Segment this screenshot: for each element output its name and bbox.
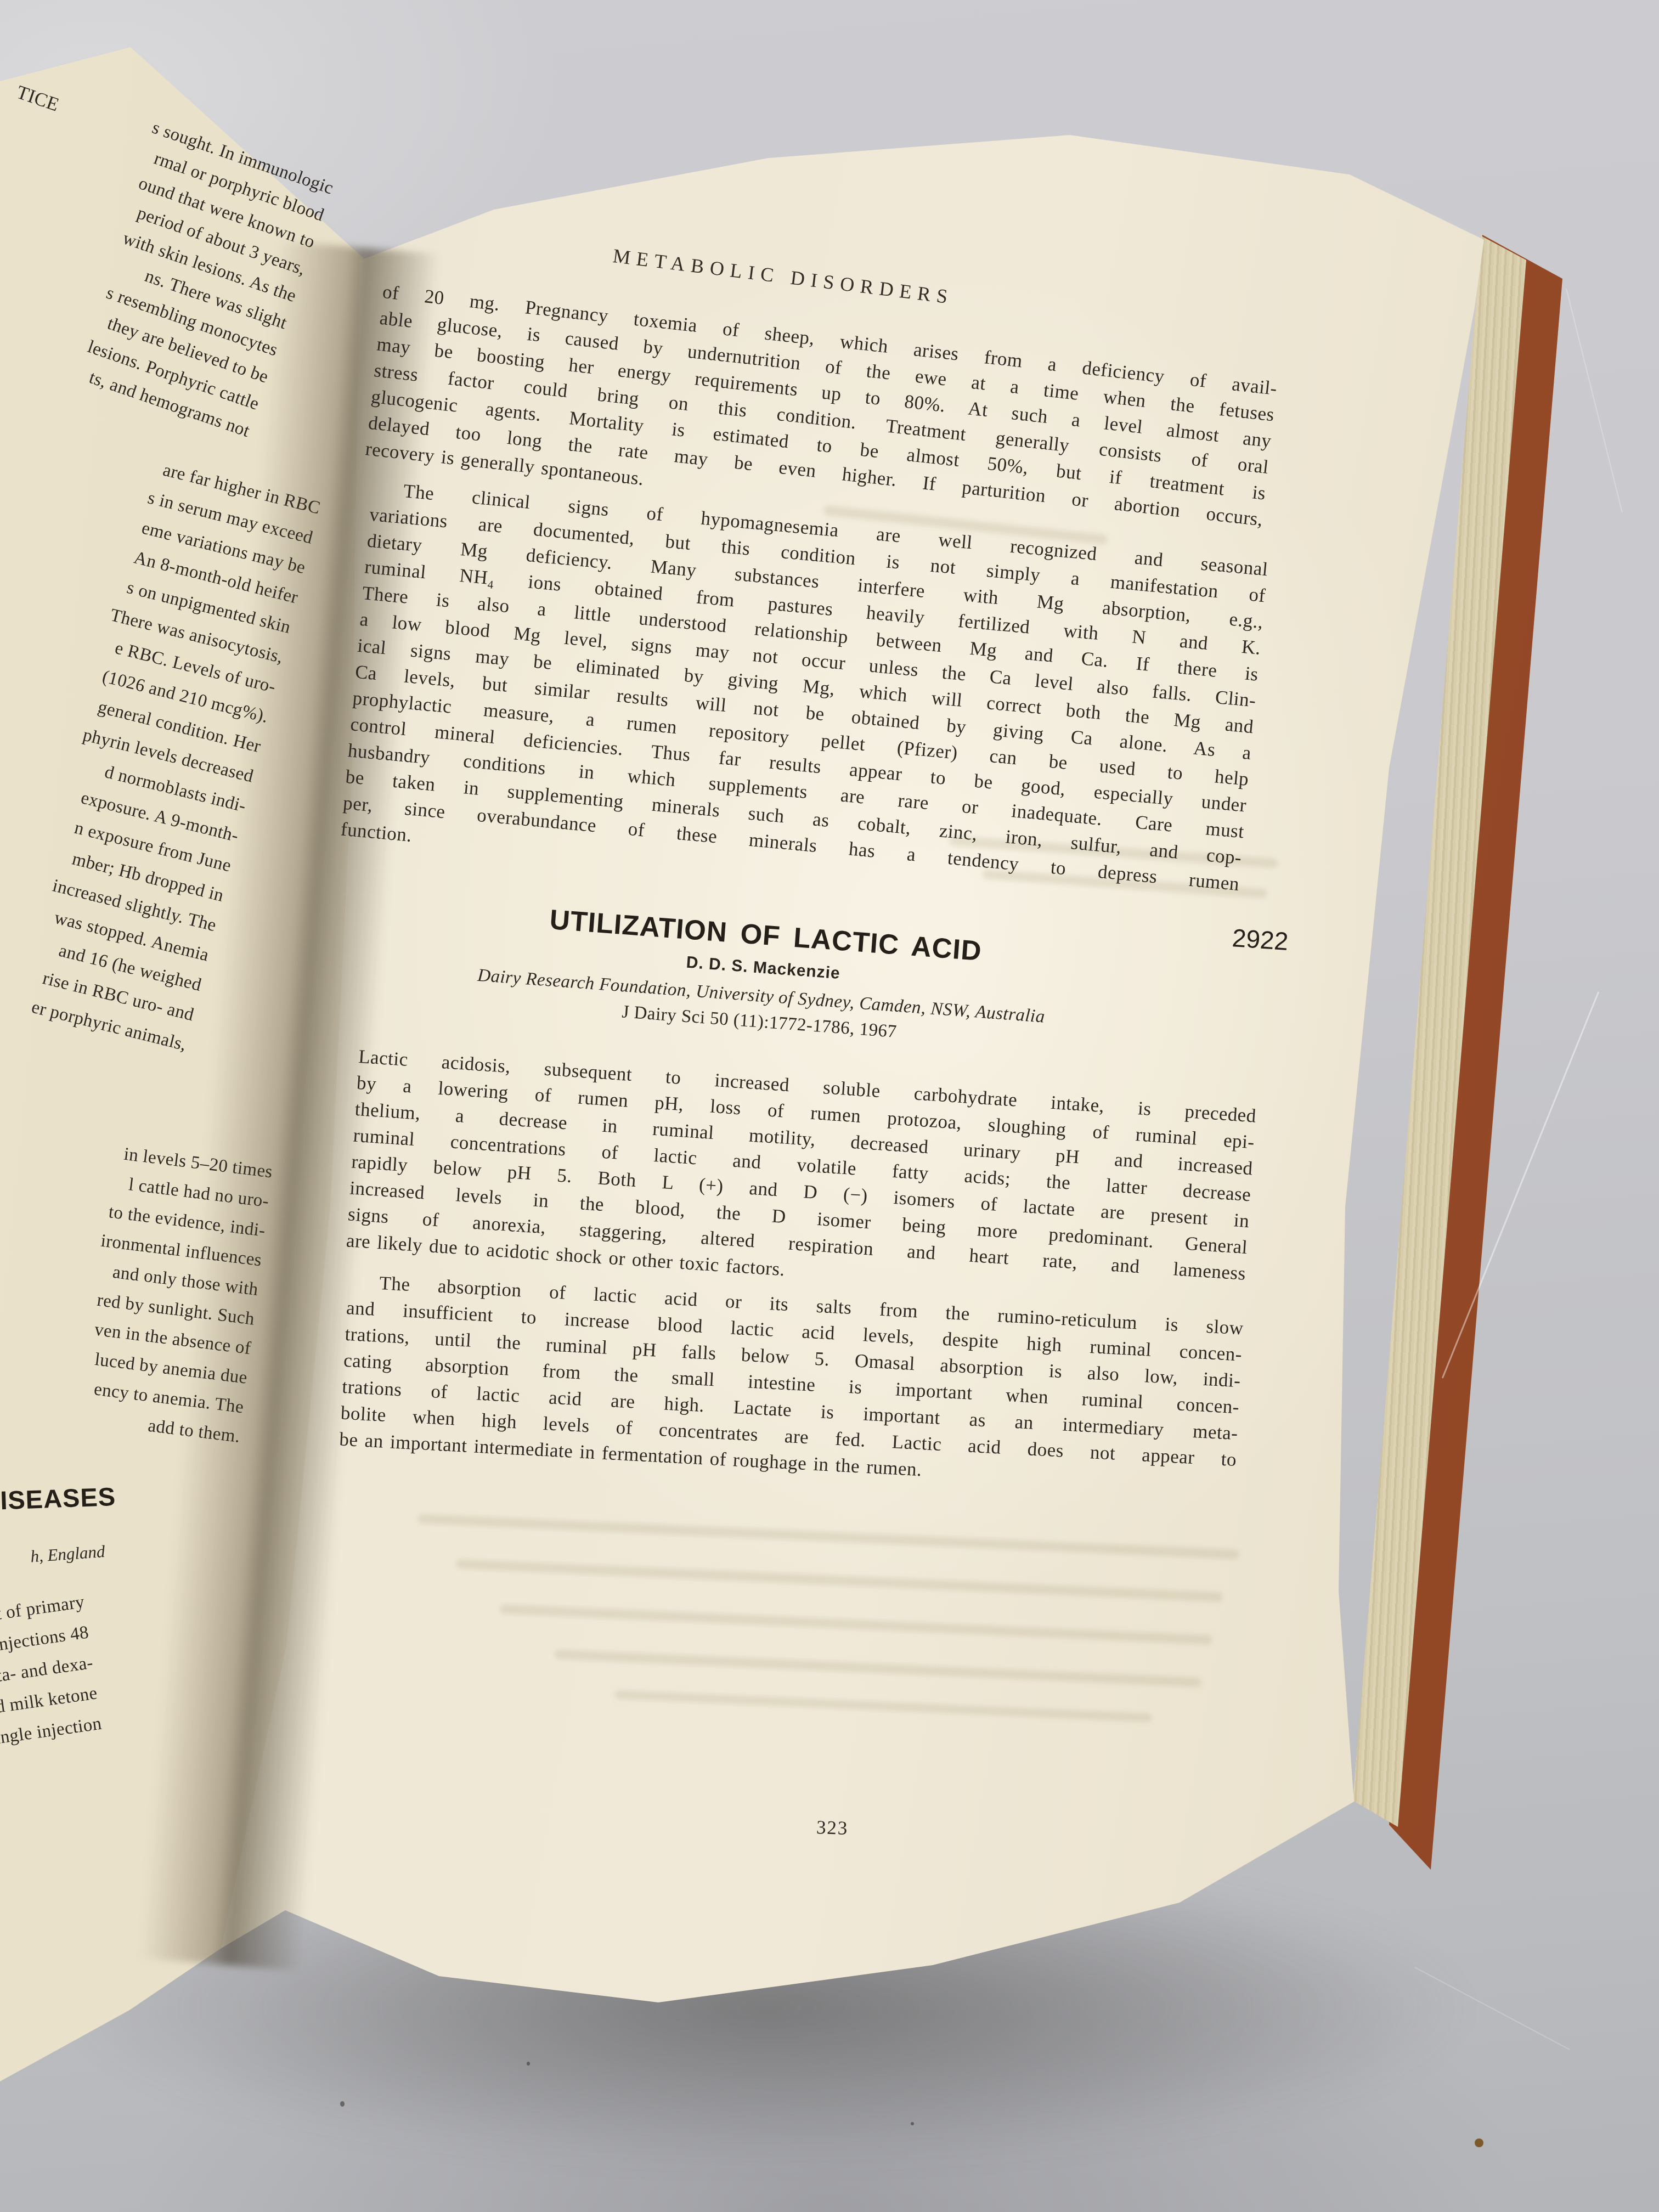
surface-speck bbox=[527, 2062, 530, 2066]
page-number: 323 bbox=[816, 1816, 849, 1839]
entry-number: 2922 bbox=[1231, 923, 1289, 956]
book-photo: TICE s sought. In immunologicrmal or por… bbox=[0, 0, 1659, 2212]
surface-speck bbox=[911, 2122, 914, 2125]
surface-speck bbox=[340, 2101, 345, 2107]
surface-speck bbox=[1475, 2138, 1483, 2147]
background-scratch bbox=[1566, 289, 1623, 512]
